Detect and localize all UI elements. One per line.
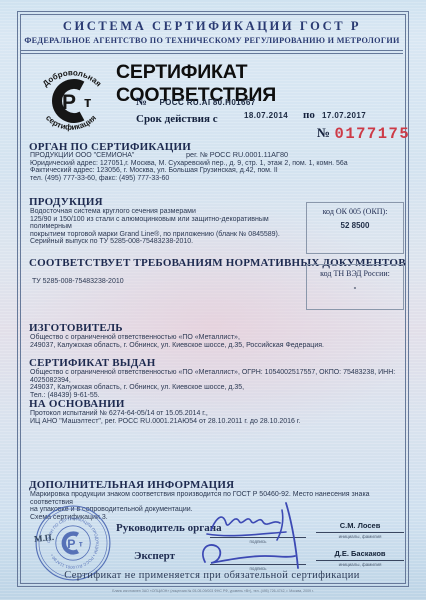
footer-note: Сертификат не применяется при обязательн… [17,570,407,581]
certificate-page: СИСТЕМА СЕРТИФИКАЦИИ ГОСТ Р ФЕДЕРАЛЬНОЕ … [0,0,426,600]
product-line: Водосточная система круглого сечения раз… [30,208,305,216]
issued-to-line: Общество с ограниченной ответственностью… [30,369,406,377]
signatures-ink [185,498,350,578]
certificate-number-row: № РОСС RU.АГ80.Н01667 [136,92,256,110]
certificate-number: РОСС RU.АГ80.Н01667 [160,98,256,107]
issued-to-details: Общество с ограниченной ответственностью… [30,369,406,399]
expert-label: Эксперт [134,550,175,562]
okp-code-label: код ОК 005 (ОКП): [307,207,403,216]
product-heading: ПРОДУКЦИЯ [29,196,103,208]
system-title: СИСТЕМА СЕРТИФИКАЦИИ ГОСТ Р [17,19,407,34]
tnved-code-box: код ТН ВЭД России: - [306,264,404,310]
blank-number: 0177175 [335,125,411,143]
validity-label: Срок действия с [136,113,218,125]
issued-to-line: 249037, Калужская область, г. Обнинск, у… [30,384,406,392]
rst-logo-icon: Добровольная сертификация Р т [26,58,116,142]
tnved-code-label: код ТН ВЭД России: [307,269,403,278]
okp-code-box: код ОК 005 (ОКП): 52 8500 [306,202,404,254]
actual-address: Фактический адрес: 123056, г. Москва, ул… [30,167,380,175]
manufacturer-line: 249037, Калужская область, г. Обнинск, у… [30,342,405,350]
phone-line: тел. (495) 777-33-60, факс: (495) 777-33… [30,175,380,183]
valid-from-date: 18.07.2014 [244,111,288,120]
svg-text:т: т [79,539,83,548]
blank-number-row: № 0177175 [317,124,410,143]
manufacturer-heading: ИЗГОТОВИТЕЛЬ [29,322,123,334]
product-description: Водосточная система круглого сечения раз… [30,208,305,246]
certification-body-details: ПРОДУКЦИИ ООО "СЕМИОНА" Юридический адре… [30,152,380,182]
manufacturer-line: Общество с ограниченной ответственностью… [30,334,405,342]
agency-title: ФЕДЕРАЛЬНОЕ АГЕНТСТВО ПО ТЕХНИЧЕСКОМУ РЕ… [17,36,407,45]
basis-line: ИЦ АНО "Машэлтест", рег. РОСС RU.0001.21… [30,418,406,426]
compliance-document: ТУ 5285-008-75483238-2010 [32,270,124,288]
tnved-code-value: - [307,283,403,292]
logo-letter-p: Р [62,91,76,114]
product-line: 125/90 и 150/100 из стали с алюмоцинковы… [30,216,305,231]
basis-heading: НА ОСНОВАНИИ [29,398,125,410]
valid-to-date: 17.07.2017 [322,111,366,120]
head-signature-icon [207,510,286,540]
po-label: по [303,109,315,121]
number-label: № [136,96,147,108]
basis-line: Протокол испытаний № 6274-64-05/14 от 15… [30,410,406,418]
blank-number-label: № [317,125,330,140]
fine-print: Бланк изготовлен ЗАО «ОПЦИОН» (лицензия … [43,589,383,593]
manufacturer-details: Общество с ограниченной ответственностью… [30,334,405,349]
header-divider [21,50,403,54]
logo-letter-t: т [84,94,91,111]
issued-to-heading: СЕРТИФИКАТ ВЫДАН [29,357,155,369]
product-line: Серийный выпуск по ТУ 5285-008-75483238-… [30,238,305,246]
basis-details: Протокол испытаний № 6274-64-05/14 от 15… [30,410,406,425]
stamp-place-label: М.П. [34,532,55,544]
svg-text:Р: Р [67,537,75,551]
additional-info-heading: ДОПОЛНИТЕЛЬНАЯ ИНФОРМАЦИЯ [29,479,234,491]
okp-code-value: 52 8500 [307,221,403,230]
certification-body-name: ПРОДУКЦИИ ООО "СЕМИОНА" [30,152,380,160]
